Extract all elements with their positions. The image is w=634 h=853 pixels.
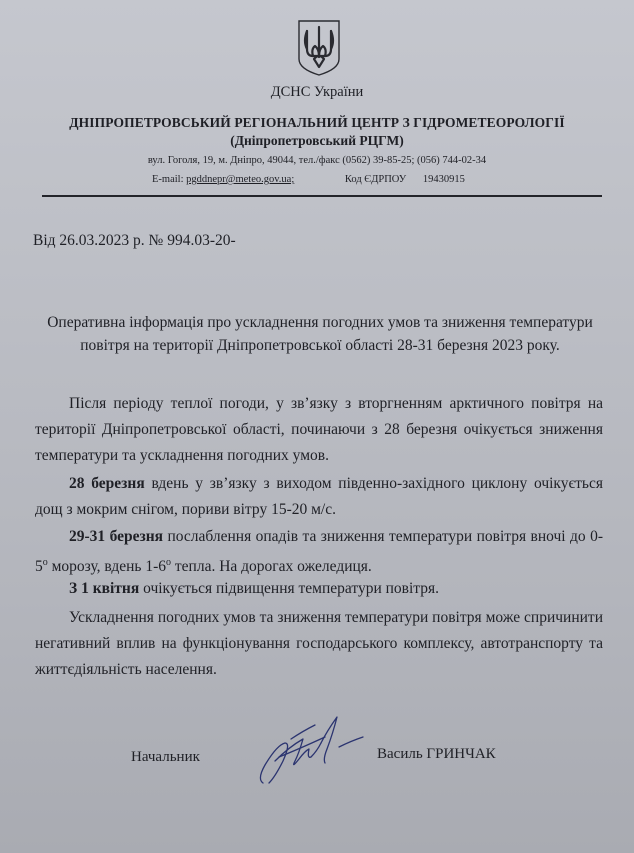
subject-line-2: повітря на території Дніпропетровської о…: [20, 334, 620, 357]
paragraph-april-1: З 1 квітня очікується підвищення темпера…: [35, 576, 603, 602]
paragraph-march-29-31: 29-31 березня послаблення опадів та зниж…: [35, 524, 603, 580]
paragraph-intro: Після періоду теплої погоди, у зв’язку з…: [35, 391, 603, 469]
edrpou-label: Код ЄДРПОУ: [345, 174, 406, 185]
handwritten-signature-icon: [255, 713, 370, 788]
contact-line: E-mail: pgddnepr@meteo.gov.ua; Код ЄДРПО…: [152, 174, 465, 185]
paragraph-march-28: 28 березня вдень у зв’язку з виходом пів…: [35, 471, 603, 523]
subject-line-1: Оперативна інформація про ускладнення по…: [20, 311, 620, 334]
paragraph-impact: Ускладнення погодних умов та зниження те…: [35, 605, 603, 683]
paragraph-april-1-text: очікується підвищення температури повітр…: [139, 580, 439, 597]
date-march-29-31: 29-31 березня: [69, 528, 163, 545]
date-march-28: 28 березня: [69, 475, 145, 492]
document-reference: Від 26.03.2023 р. № 994.03-20-: [33, 232, 236, 250]
email-link[interactable]: pgddnepr@meteo.gov.ua;: [186, 174, 294, 185]
paragraph-text-c: тепла. На дорогах ожеледиця.: [171, 558, 372, 575]
organization-short-name: (Дніпропетровський РЦГМ): [0, 133, 634, 149]
organization-address: вул. Гоголя, 19, м. Дніпро, 49044, тел./…: [0, 155, 634, 166]
document-page: ДСНС України ДНІПРОПЕТРОВСЬКИЙ РЕГІОНАЛЬ…: [0, 0, 634, 853]
agency-name: ДСНС України: [0, 84, 634, 101]
document-subject: Оперативна інформація про ускладнення по…: [20, 311, 620, 357]
paragraph-text-b: морозу, вдень 1-6: [48, 558, 166, 575]
email-label: E-mail:: [152, 174, 184, 185]
signatory-name: Василь ГРИНЧАК: [377, 746, 496, 763]
edrpou-value: 19430915: [423, 174, 465, 185]
prefix: З: [69, 580, 81, 597]
header-divider: [42, 195, 602, 197]
signatory-title: Начальник: [131, 749, 200, 766]
organization-name: ДНІПРОПЕТРОВСЬКИЙ РЕГІОНАЛЬНИЙ ЦЕНТР З Г…: [0, 115, 634, 131]
date-april-1: 1 квітня: [81, 580, 139, 597]
coat-of-arms-icon: [297, 19, 341, 77]
